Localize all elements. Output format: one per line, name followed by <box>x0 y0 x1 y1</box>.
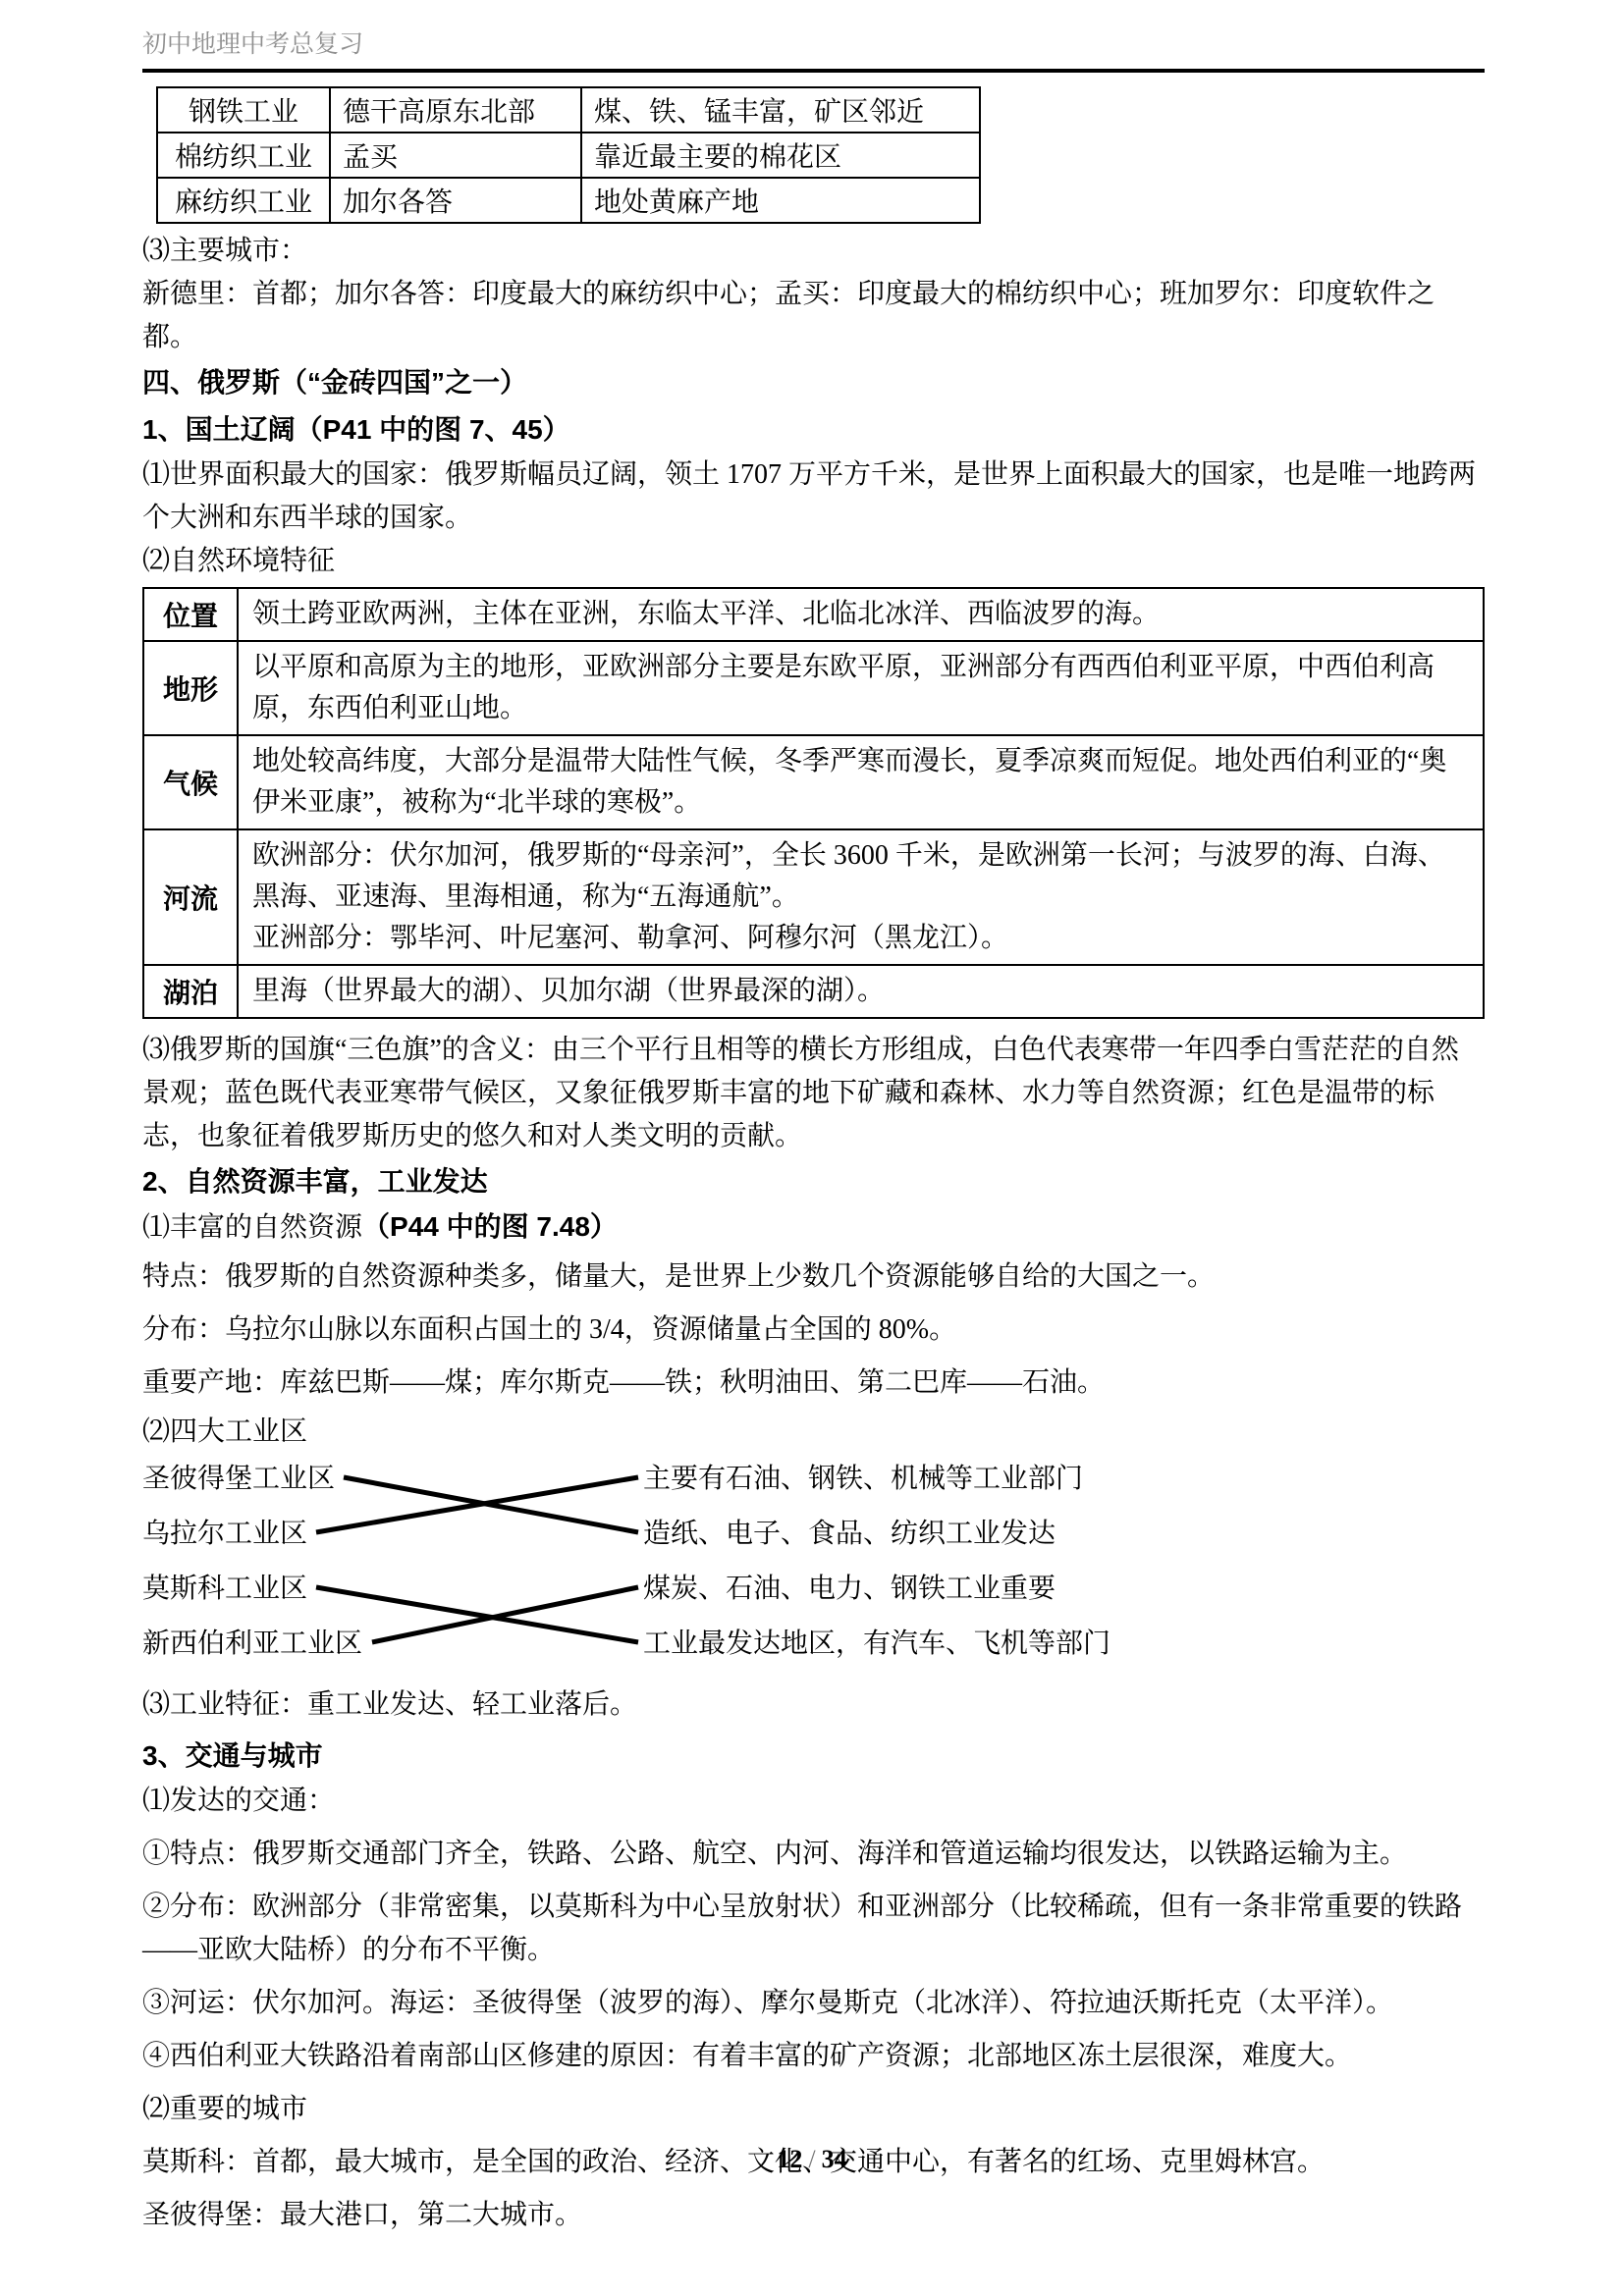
env-text-line: 以平原和高原为主的地形，亚欧洲部分主要是东欧平原，亚洲部分有西西伯利亚平原，中西… <box>252 647 1469 729</box>
resources-intro-label: ⑴丰富的自然资源 <box>142 1212 362 1243</box>
table-row: 气候 地处较高纬度，大部分是温带大陆性气候，冬季严寒而漫长，夏季凉爽而短促。地处… <box>143 735 1484 829</box>
transport-label: ⑴发达的交通： <box>142 1780 1485 1823</box>
cell-location: 孟买 <box>330 133 581 178</box>
cell-env-text: 地处较高纬度，大部分是温带大陆性气候，冬季严寒而漫长，夏季凉爽而短促。地处西伯利… <box>238 735 1484 829</box>
russia-flag-paragraph: ⑶俄罗斯的国旗“三色旗”的含义：由三个平行且相等的横长方形组成，白色代表寒带一年… <box>142 1029 1485 1158</box>
env-text-line: 领土跨亚欧两洲，主体在亚洲，东临太平洋、北临北冰洋、西临波罗的海。 <box>252 594 1469 635</box>
russia-env-label: ⑵自然环境特征 <box>142 540 1485 583</box>
resources-intro: ⑴丰富的自然资源（P44 中的图 7.48） <box>142 1205 1485 1250</box>
page-header: 初中地理中考总复习 <box>142 29 1485 73</box>
industrial-zone-name: 乌拉尔工业区 <box>142 1513 307 1556</box>
zone-description: 造纸、电子、食品、纺织工业发达 <box>643 1513 1056 1556</box>
industrial-zone-name: 莫斯科工业区 <box>142 1568 307 1611</box>
env-text-line: 欧洲部分：伏尔加河，俄罗斯的“母亲河”，全长 3600 千米，是欧洲第一长河；与… <box>252 835 1469 918</box>
cell-env-label: 气候 <box>143 735 238 829</box>
transport-item-2: ②分布：欧洲部分（非常密集，以莫斯科为中心呈放射状）和亚洲部分（比较稀疏，但有一… <box>142 1886 1485 1972</box>
resources-distribution: 分布：乌拉尔山脉以东面积占国土的 3/4，资源储量占全国的 80%。 <box>142 1308 1485 1352</box>
env-text-line: 里海（世界最大的湖）、贝加尔湖（世界最深的湖）。 <box>252 971 1469 1012</box>
india-cities-text: 新德里：首都；加尔各答：印度最大的麻纺织中心；孟买：印度最大的棉纺织中心；班加罗… <box>142 273 1485 359</box>
table-row: 河流 欧洲部分：伏尔加河，俄罗斯的“母亲河”，全长 3600 千米，是欧洲第一长… <box>143 829 1484 965</box>
table-row: 钢铁工业 德干高原东北部 煤、铁、锰丰富，矿区邻近 <box>157 87 980 133</box>
cell-env-text: 领土跨亚欧两洲，主体在亚洲，东临太平洋、北临北冰洋、西临波罗的海。 <box>238 588 1484 641</box>
industry-trait: ⑶工业特征：重工业发达、轻工业落后。 <box>142 1683 1485 1727</box>
env-text-line: 亚洲部分：鄂毕河、叶尼塞河、勒拿河、阿穆尔河（黑龙江）。 <box>252 918 1469 959</box>
industrial-zone-name: 圣彼得堡工业区 <box>142 1458 335 1501</box>
document-body: 钢铁工业 德干高原东北部 煤、铁、锰丰富，矿区邻近 棉纺织工业 孟买 靠近最主要… <box>142 86 1485 2237</box>
table-row: 湖泊 里海（世界最大的湖）、贝加尔湖（世界最深的湖）。 <box>143 965 1484 1018</box>
cell-env-label: 地形 <box>143 641 238 735</box>
cell-industry: 钢铁工业 <box>157 87 330 133</box>
match-line-ural <box>316 1477 638 1532</box>
cell-industry: 棉纺织工业 <box>157 133 330 178</box>
india-cities-label: ⑶主要城市： <box>142 230 1485 273</box>
zone-description: 煤炭、石油、电力、钢铁工业重要 <box>643 1568 1056 1611</box>
page-footer: 12/34 <box>0 2145 1624 2174</box>
page-number-separator: / <box>802 2145 821 2173</box>
cell-reason: 靠近最主要的棉花区 <box>581 133 980 178</box>
russia-section-heading: 四、俄罗斯（“金砖四国”之一） <box>142 359 1485 406</box>
russia-resources-heading: 2、自然资源丰富，工业发达 <box>142 1158 1485 1205</box>
resources-traits: 特点：俄罗斯的自然资源种类多，储量大，是世界上少数几个资源能够自给的大国之一。 <box>142 1255 1485 1299</box>
cell-env-label: 河流 <box>143 829 238 965</box>
cities-label: ⑵重要的城市 <box>142 2088 1485 2131</box>
cell-reason: 煤、铁、锰丰富，矿区邻近 <box>581 87 980 133</box>
page-number-current: 12 <box>777 2145 802 2173</box>
resources-figure-ref: （P44 中的图 7.48） <box>362 1211 618 1242</box>
table-row: 地形 以平原和高原为主的地形，亚欧洲部分主要是东欧平原，亚洲部分有西西伯利亚平原… <box>143 641 1484 735</box>
russia-area-paragraph: ⑴世界面积最大的国家：俄罗斯幅员辽阔，领土 1707 万平方千米，是世界上面积最… <box>142 454 1485 540</box>
cell-env-text: 欧洲部分：伏尔加河，俄罗斯的“母亲河”，全长 3600 千米，是欧洲第一长河；与… <box>238 829 1484 965</box>
env-text-line: 地处较高纬度，大部分是温带大陆性气候，冬季严寒而漫长，夏季凉爽而短促。地处西伯利… <box>252 741 1469 824</box>
table-row: 位置 领土跨亚欧两洲，主体在亚洲，东临太平洋、北临北冰洋、西临波罗的海。 <box>143 588 1484 641</box>
zone-description: 工业最发达地区，有汽车、飞机等部门 <box>643 1623 1110 1666</box>
russia-transport-heading: 3、交通与城市 <box>142 1733 1485 1780</box>
cell-env-text: 以平原和高原为主的地形，亚欧洲部分主要是东欧平原，亚洲部分有西西伯利亚平原，中西… <box>238 641 1484 735</box>
match-line-moscow <box>316 1587 638 1642</box>
russia-environment-table: 位置 领土跨亚欧两洲，主体在亚洲，东临太平洋、北临北冰洋、西临波罗的海。 地形 … <box>142 587 1485 1019</box>
table-row: 麻纺织工业 加尔各答 地处黄麻产地 <box>157 178 980 223</box>
cell-reason: 地处黄麻产地 <box>581 178 980 223</box>
zone-description: 主要有石油、钢铁、机械等工业部门 <box>643 1458 1083 1501</box>
transport-item-4: ④西伯利亚大铁路沿着南部山区修建的原因：有着丰富的矿产资源；北部地区冻土层很深，… <box>142 2035 1485 2078</box>
cell-location: 加尔各答 <box>330 178 581 223</box>
page-number-total: 34 <box>822 2145 847 2173</box>
industrial-zone-name: 新西伯利亚工业区 <box>142 1623 362 1666</box>
cell-env-label: 湖泊 <box>143 965 238 1018</box>
transport-item-1: ①特点：俄罗斯交通部门齐全，铁路、公路、航空、内河、海洋和管道运输均很发达，以铁… <box>142 1833 1485 1876</box>
industrial-zones-matching-diagram: 圣彼得堡工业区 乌拉尔工业区 莫斯科工业区 新西伯利亚工业区 主要有石油、钢铁、… <box>142 1458 1485 1682</box>
match-line-petersburg <box>344 1477 638 1532</box>
cell-env-text: 里海（世界最大的湖）、贝加尔湖（世界最深的湖）。 <box>238 965 1484 1018</box>
page-header-title: 初中地理中考总复习 <box>142 31 363 58</box>
cell-location: 德干高原东北部 <box>330 87 581 133</box>
india-industry-table: 钢铁工业 德干高原东北部 煤、铁、锰丰富，矿区邻近 棉纺织工业 孟买 靠近最主要… <box>156 86 981 224</box>
cell-industry: 麻纺织工业 <box>157 178 330 223</box>
resources-producing-areas: 重要产地：库兹巴斯——煤；库尔斯克——铁；秋明油田、第二巴库——石油。 <box>142 1362 1485 1405</box>
transport-item-3: ③河运：伏尔加河。海运：圣彼得堡（波罗的海）、摩尔曼斯克（北冰洋）、符拉迪沃斯托… <box>142 1982 1485 2025</box>
cell-env-label: 位置 <box>143 588 238 641</box>
city-petersburg: 圣彼得堡：最大港口，第二大城市。 <box>142 2194 1485 2237</box>
table-row: 棉纺织工业 孟买 靠近最主要的棉花区 <box>157 133 980 178</box>
match-line-novosibirsk <box>372 1587 638 1642</box>
russia-territory-heading: 1、国土辽阔（P41 中的图 7、45） <box>142 406 1485 454</box>
industrial-zones-label: ⑵四大工业区 <box>142 1411 1485 1454</box>
